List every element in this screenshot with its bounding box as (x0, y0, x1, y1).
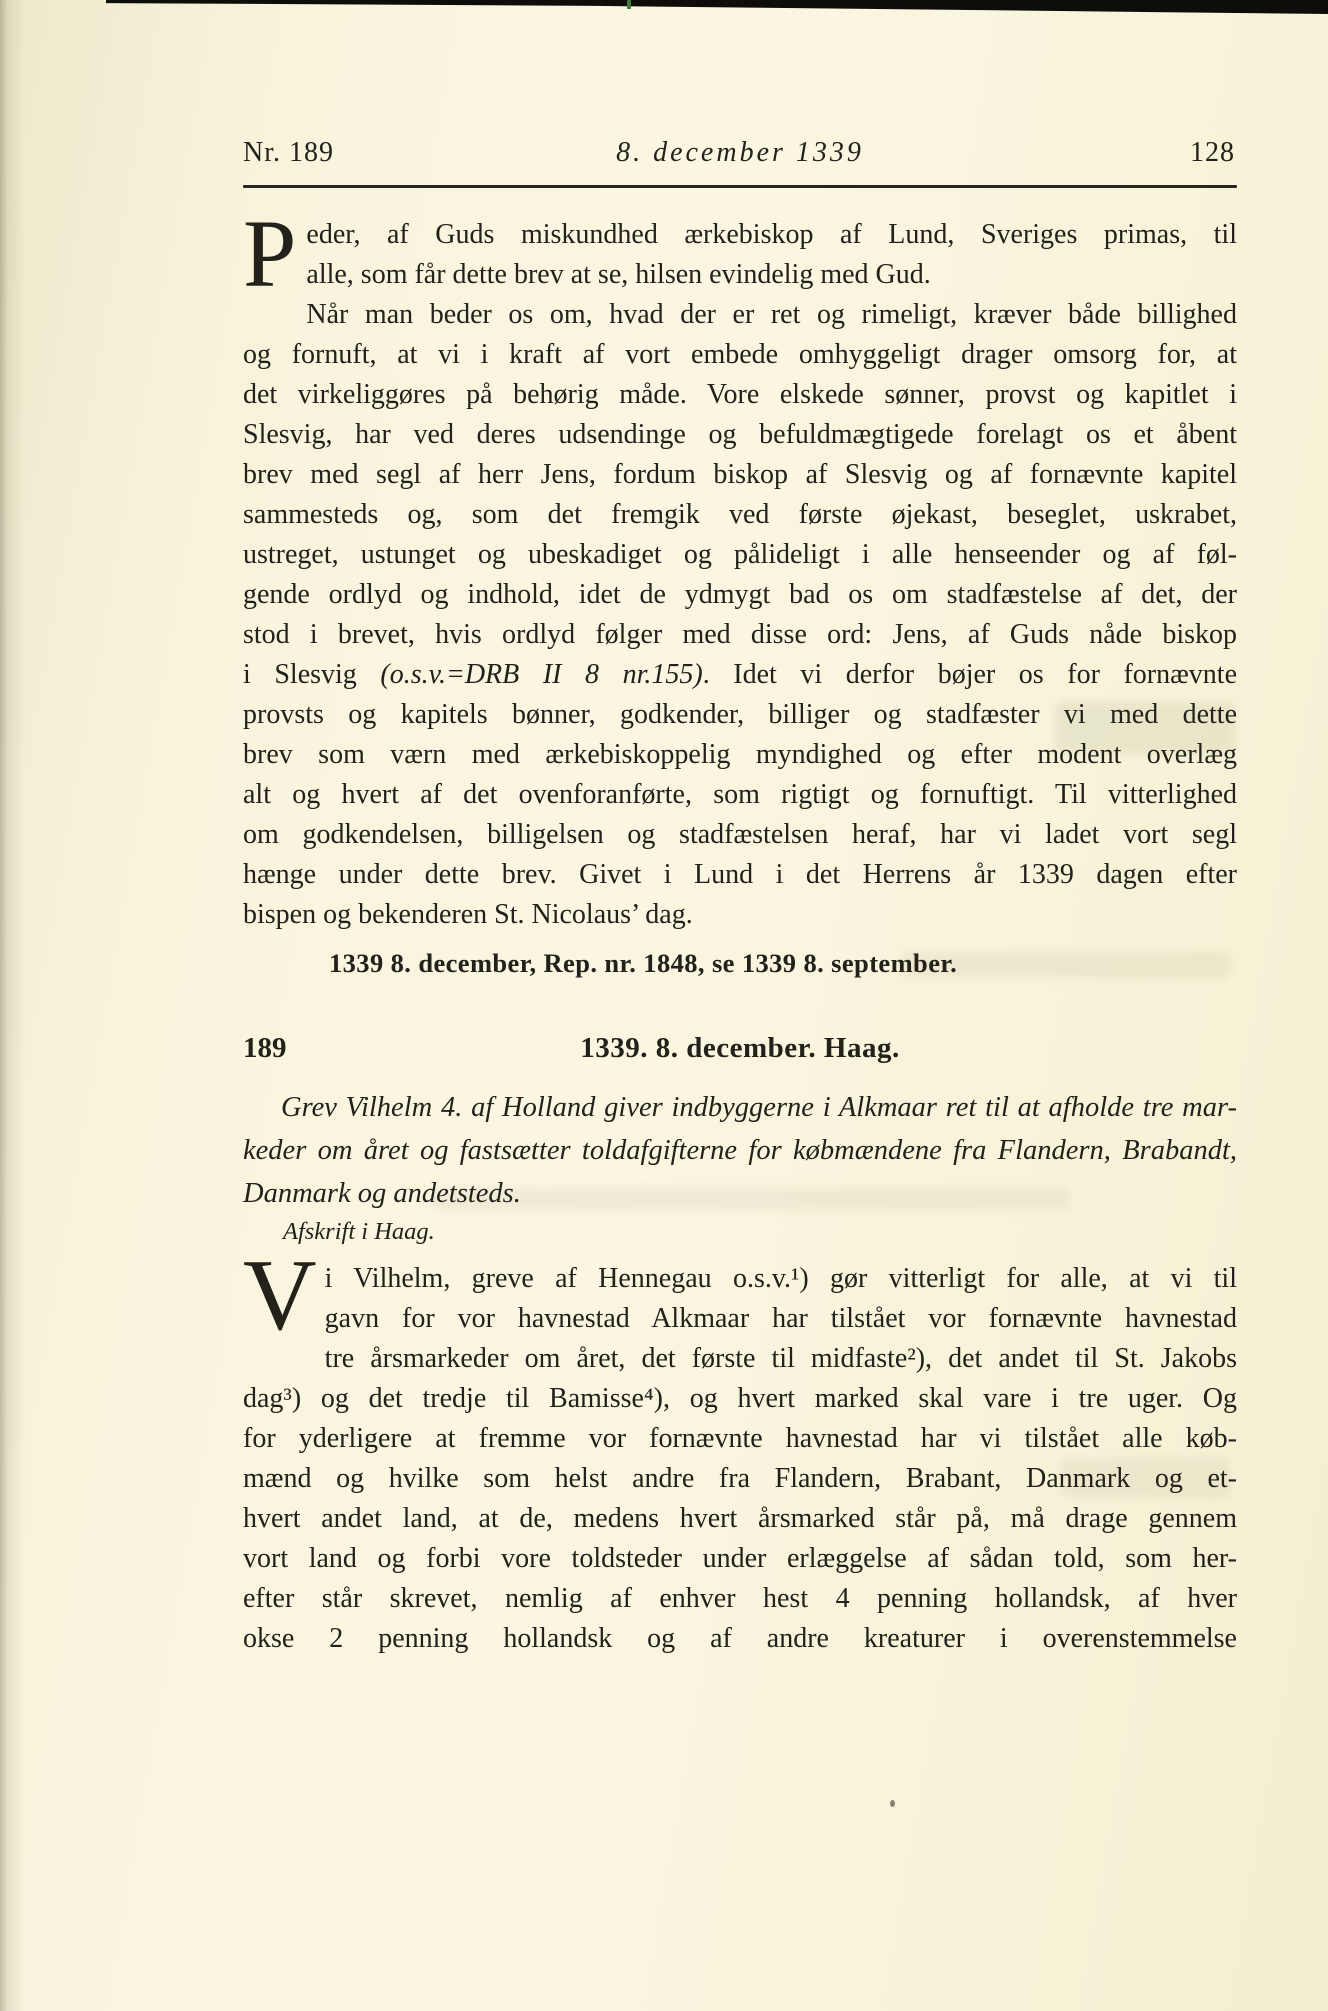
text-line: stod i brevet, hvis ordlyd følger med di… (243, 615, 1237, 655)
document-189-text: V i Vilhelm, greve af Hennegau o.s.v.¹) … (243, 1259, 1237, 1659)
text-line: sammesteds og, som det fremgik ved først… (243, 495, 1237, 535)
scan-top-edge-bar (106, 0, 1328, 14)
text-line: og fornuft, at vi i kraft af vort embede… (243, 335, 1237, 375)
text-line: gavn for vor havnestad Alkmaar har tilst… (243, 1299, 1237, 1339)
text-line: alle, som får dette brev at se, hilsen e… (243, 255, 1237, 295)
text-line: dag³) og det tredje til Bamisse⁴), og hv… (243, 1379, 1237, 1419)
scan-speck (890, 1800, 895, 1807)
text-line: gende ordlyd og indhold, idet de ydmygt … (243, 575, 1237, 615)
text-line: Grev Vilhelm 4. af Holland giver indbygg… (243, 1086, 1237, 1129)
text-line: hænge under dette brev. Givet i Lund i d… (243, 855, 1237, 895)
text-line: brev som værn med ærkebiskoppelig myndig… (243, 735, 1237, 775)
text-line: Slesvig, har ved deres udsendinge og bef… (243, 415, 1237, 455)
text-line: ustreget, ustunget og ubeskadiget og pål… (243, 535, 1237, 575)
text-line: for yderligere at fremme vor fornævnte h… (243, 1419, 1237, 1459)
text-line: tre årsmarkeder om året, det første til … (243, 1339, 1237, 1379)
doc1-opening-lines: eder, af Guds miskundhed ærkebiskop af L… (243, 215, 1237, 295)
entry-189-source-note: Afskrift i Haag. (243, 1218, 1237, 1246)
header-rule (243, 185, 1237, 188)
doc2-paragraph: V i Vilhelm, greve af Hennegau o.s.v.¹) … (243, 1259, 1237, 1659)
doc2-lines: i Vilhelm, greve af Hennegau o.s.v.¹) gø… (243, 1259, 1237, 1659)
text-line: Danmark og andetsteds. (243, 1172, 1237, 1215)
running-header-date: 8. december 1339 (243, 137, 1237, 169)
running-header-doc-number: Nr. 189 (243, 137, 334, 169)
text-line: efter står skrevet, nemlig af enhver hes… (243, 1579, 1237, 1619)
text-line: provsts og kapitels bønner, godkender, b… (243, 695, 1237, 735)
text-line: brev med segl af herr Jens, fordum bisko… (243, 455, 1237, 495)
text-line: bispen og bekenderen St. Nicolaus’ dag. (243, 895, 1237, 935)
text-line: vort land og forbi vore toldsteder under… (243, 1539, 1237, 1579)
cross-reference-line: 1339 8. december, Rep. nr. 1848, se 1339… (243, 948, 1237, 979)
doc1-opening-paragraph: P eder, af Guds miskundhed ærkebiskop af… (243, 215, 1237, 295)
text-line: eder, af Guds miskundhed ærkebiskop af L… (243, 215, 1237, 255)
text-line: hvert andet land, at de, medens hvert år… (243, 1499, 1237, 1539)
text-line: i Slesvig (o.s.v.=DRB II 8 nr.155). Idet… (243, 655, 1237, 695)
entry-189-date-place: 1339. 8. december. Haag. (243, 1032, 1237, 1065)
text-line: mænd og hvilke som helst andre fra Fland… (243, 1459, 1237, 1499)
book-page-scan: 8. december 1339 Nr. 189 128 P eder, af … (0, 0, 1328, 2011)
entry-189-summary: Grev Vilhelm 4. af Holland giver indbygg… (243, 1086, 1237, 1215)
text-line: Når man beder os om, hvad der er ret og … (243, 295, 1237, 335)
running-header: 8. december 1339 Nr. 189 128 (243, 137, 1237, 177)
text-line: okse 2 penning hollandsk og af andre kre… (243, 1619, 1237, 1659)
text-line: om godkendelsen, billigelsen og stadfæst… (243, 815, 1237, 855)
document-188-text: P eder, af Guds miskundhed ærkebiskop af… (243, 215, 1237, 935)
text-line: det virkeliggøres på behørig måde. Vore … (243, 375, 1237, 415)
doc1-body-paragraph: Når man beder os om, hvad der er ret og … (243, 295, 1237, 935)
text-line: keder om året og fastsætter toldafgifter… (243, 1129, 1237, 1172)
entry-189-number: 189 (243, 1032, 287, 1065)
entry-189-heading: 1339. 8. december. Haag. 189 (243, 1032, 1237, 1072)
scan-left-edge-shadow (0, 0, 26, 2011)
scan-artifact-green-mark (627, 0, 631, 9)
text-line: i Vilhelm, greve af Hennegau o.s.v.¹) gø… (243, 1259, 1237, 1299)
page-number: 128 (1190, 137, 1235, 169)
text-line: alt og hvert af det ovenforanførte, som … (243, 775, 1237, 815)
drop-cap-initial-p: P (243, 215, 306, 297)
drop-cap-initial-v: V (243, 1259, 325, 1341)
